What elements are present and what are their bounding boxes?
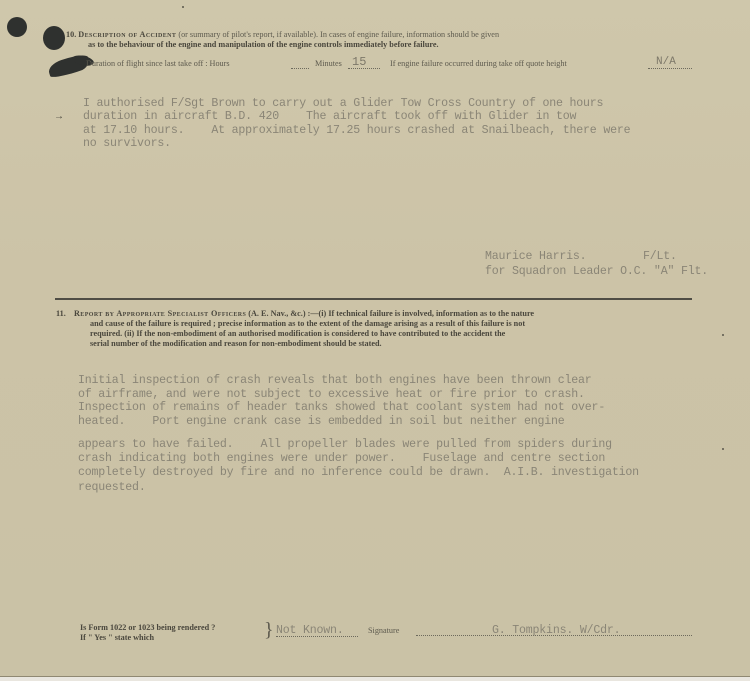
section-10-instructions-line-2: as to the behaviour of the engine and ma…	[88, 40, 439, 50]
section-11-instructions-line-4: serial number of the modification and re…	[90, 339, 382, 349]
paper-speck	[722, 334, 724, 336]
section-11-instructions-line-2: and cause of the failure is required ; p…	[90, 319, 525, 329]
section-11-instructions-3: required. (ii) If the non-embodiment of …	[90, 329, 505, 338]
form-question-2: If " Yes " state which	[80, 633, 154, 642]
paper-speck	[722, 448, 724, 450]
hours-field-line	[291, 68, 309, 69]
report-line-2: of airframe, and were not subject to exc…	[78, 389, 585, 401]
signatory-name: Maurice Harris.	[485, 251, 586, 263]
form-question-1: Is Form 1022 or 1023 being rendered ?	[80, 623, 215, 632]
signatory-rank: F/Lt.	[643, 251, 677, 263]
section-11-heading-suffix: (A. E. Nav., &c.) :—(i) If technical fai…	[248, 309, 534, 318]
section-11-instructions-4: serial number of the modification and re…	[90, 339, 382, 348]
form-answer: Not Known.	[276, 625, 344, 637]
minutes-field-line	[348, 68, 380, 69]
minutes-label-wrap: Minutes	[315, 59, 342, 69]
report-line-8: requested.	[78, 482, 146, 494]
narrative-line-1: I authorised F/Sgt Brown to carry out a …	[83, 98, 603, 110]
brace-mark: }	[264, 620, 274, 640]
section-11-instructions-2: and cause of the failure is required ; p…	[90, 319, 525, 328]
punch-hole-right	[43, 26, 65, 50]
section-11-heading-line: 11. Report by Appropriate Specialist Off…	[56, 309, 534, 319]
narrative-line-4: no survivors.	[83, 138, 171, 150]
form-question-line-2: If " Yes " state which	[80, 633, 154, 643]
scanned-document-page: 10. Description of Accident (or summary …	[0, 0, 750, 677]
section-10-number: 10.	[66, 30, 76, 39]
takeoff-height-value: N/A	[656, 56, 676, 68]
duration-line: Duration of flight since last take off :…	[86, 59, 230, 69]
signatory-for: for Squadron Leader O.C. "A" Flt.	[485, 266, 708, 278]
report-line-3: Inspection of remains of header tanks sh…	[78, 402, 605, 414]
duration-minutes-value: 15	[352, 55, 366, 69]
section-11-number: 11.	[56, 309, 66, 318]
takeoff-height-label: If engine failure occurred during take o…	[390, 59, 567, 68]
punch-hole-left	[7, 17, 27, 37]
report-line-5: appears to have failed. All propeller bl…	[78, 439, 612, 451]
narrative-line-2: duration in aircraft B.D. 420 The aircra…	[83, 111, 576, 123]
takeoff-height-field-line	[648, 68, 692, 69]
report-line-1: Initial inspection of crash reveals that…	[78, 375, 592, 387]
section-10-instructions-1: (or summary of pilot's report, if availa…	[178, 30, 499, 39]
minutes-label: Minutes	[315, 59, 342, 68]
report-line-7: completely destroyed by fire and no infe…	[78, 467, 639, 479]
page-bottom-edge	[0, 676, 750, 681]
signature-value: G. Tompkins. W/Cdr.	[492, 625, 620, 637]
margin-arrow-mark: →	[54, 111, 64, 122]
report-line-6: crash indicating both engines were under…	[78, 453, 605, 465]
duration-hours-label: Duration of flight since last take off :…	[86, 59, 230, 68]
signature-label-wrap: Signature	[368, 626, 399, 636]
form-answer-line	[276, 636, 358, 637]
narrative-line-3: at 17.10 hours. At approximately 17.25 h…	[83, 125, 630, 137]
paper-speck	[182, 6, 184, 8]
section-11-instructions-line-3: required. (ii) If the non-embodiment of …	[90, 329, 505, 339]
section-10-title: Description of Accident	[78, 30, 176, 39]
takeoff-height-label-wrap: If engine failure occurred during take o…	[390, 59, 567, 69]
report-line-4: heated. Port engine crank case is embedd…	[78, 416, 565, 428]
section-10-heading-line: 10. Description of Accident (or summary …	[66, 30, 499, 40]
section-10-instructions-2: as to the behaviour of the engine and ma…	[88, 40, 439, 49]
form-question-line-1: Is Form 1022 or 1023 being rendered ?	[80, 623, 215, 633]
section-11-title: Report by Appropriate Specialist Officer…	[74, 309, 246, 318]
signature-label: Signature	[368, 626, 399, 635]
section-divider-rule	[55, 298, 692, 300]
